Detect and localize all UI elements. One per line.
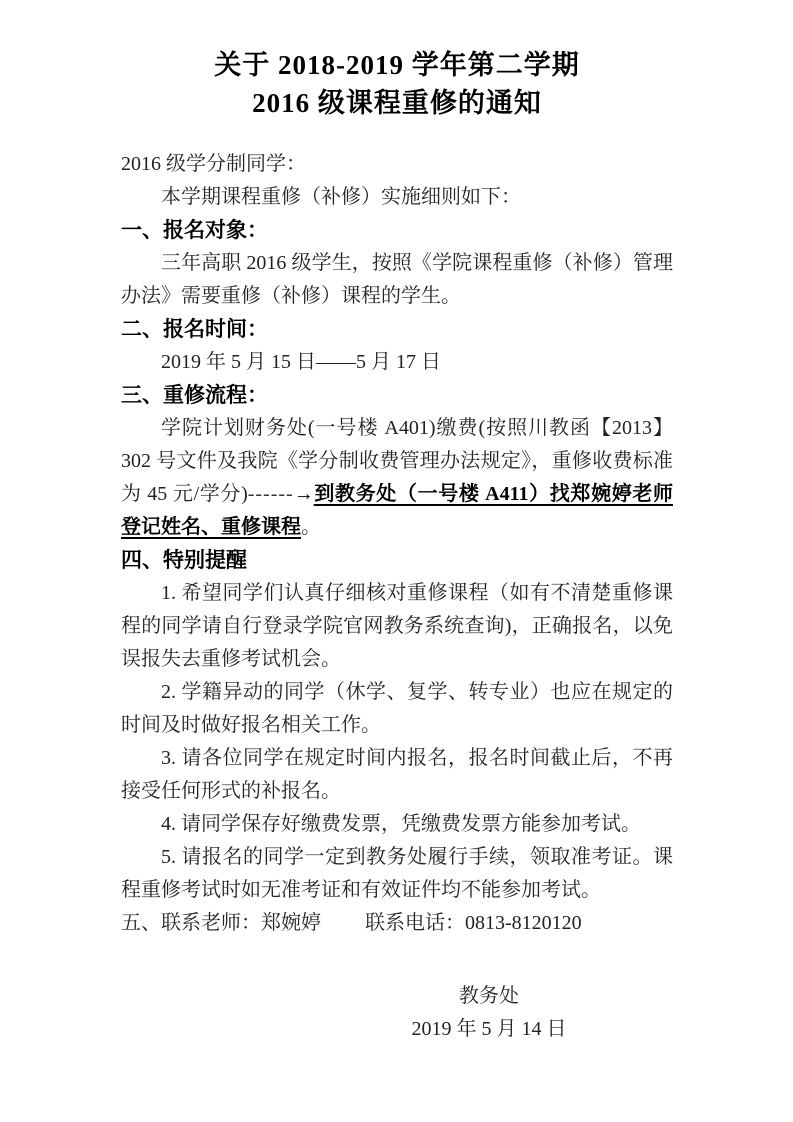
contact-phone-label: 联系电话： <box>365 912 465 934</box>
section-3-body-tail: 。 <box>301 516 321 538</box>
contact-teacher-label: 五、联系老师： <box>121 912 261 934</box>
section-4-item: 3. 请各位同学在规定时间内报名，报名时间截止后，不再接受任何形式的补报名。 <box>121 742 673 808</box>
section-1-heading: 一、报名对象： <box>121 214 673 247</box>
title-line-2: 2016 级课程重修的通知 <box>121 84 673 122</box>
signature-org: 教务处 <box>369 980 609 1013</box>
document-page: 关于 2018-2019 学年第二学期 2016 级课程重修的通知 2016 级… <box>0 0 793 1122</box>
section-4-heading: 四、特别提醒 <box>121 544 673 577</box>
section-4-item: 2. 学籍异动的同学（休学、复学、转专业）也应在规定的时间及时做好报名相关工作。 <box>121 676 673 742</box>
signature-block: 教务处 2019 年 5 月 14 日 <box>369 980 609 1046</box>
section-3-body: 学院计划财务处(一号楼 A401)缴费(按照川教函【2013】302 号文件及我… <box>121 412 673 544</box>
contact-phone-number: 0813-8120120 <box>465 912 582 934</box>
salutation: 2016 级学分制同学： <box>121 148 673 181</box>
contact-line: 五、联系老师：郑婉婷联系电话：0813-8120120 <box>121 907 673 940</box>
section-4-item: 1. 希望同学们认真仔细核对重修课程（如有不清楚重修课程的同学请自行登录学院官网… <box>121 577 673 676</box>
document-content: 关于 2018-2019 学年第二学期 2016 级课程重修的通知 2016 级… <box>0 0 793 1046</box>
section-2-heading: 二、报名时间： <box>121 313 673 346</box>
page-title: 关于 2018-2019 学年第二学期 2016 级课程重修的通知 <box>121 46 673 122</box>
section-4-item: 4. 请同学保存好缴费发票，凭缴费发票方能参加考试。 <box>121 808 673 841</box>
title-line-1: 关于 2018-2019 学年第二学期 <box>121 46 673 84</box>
contact-teacher-name: 郑婉婷 <box>261 912 321 934</box>
dashed-connector: ------ <box>248 483 294 505</box>
section-4-item: 5. 请报名的同学一定到教务处履行手续，领取准考证。课程重修考试时如无准考证和有… <box>121 841 673 907</box>
intro-paragraph: 本学期课程重修（补修）实施细则如下： <box>121 181 673 214</box>
signature-date: 2019 年 5 月 14 日 <box>369 1013 609 1046</box>
right-arrow-icon: → <box>294 483 314 505</box>
section-2-body: 2019 年 5 月 15 日——5 月 17 日 <box>121 346 673 379</box>
section-3-heading: 三、重修流程： <box>121 379 673 412</box>
section-1-body: 三年高职 2016 级学生，按照《学院课程重修（补修）管理办法》需要重修（补修）… <box>121 247 673 313</box>
